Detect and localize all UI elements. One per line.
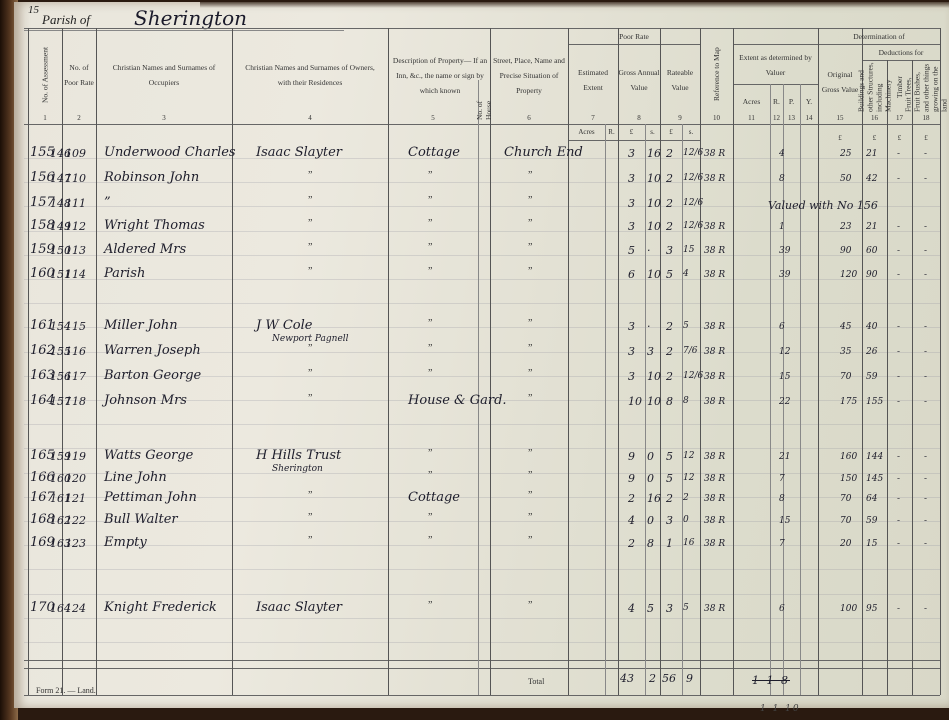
deduction-buildings: 59: [866, 516, 877, 526]
owner-name: Isaac Slayter: [256, 600, 342, 615]
deduction-buildings: 60: [866, 246, 877, 256]
original-gross-value: 70: [840, 372, 851, 382]
gross-value-shillings: 10: [647, 172, 661, 185]
property-description: ”: [428, 368, 432, 379]
item-number: 120: [65, 472, 86, 485]
deduction-fruit-trees: -: [924, 474, 927, 484]
deduction-timber: -: [897, 322, 900, 332]
deduction-fruit-trees: -: [924, 494, 927, 504]
owner-name: ”: [308, 535, 312, 546]
deduction-timber: -: [897, 397, 900, 407]
rateable-value-shillings: 12: [683, 473, 694, 483]
deduction-timber: -: [897, 174, 900, 184]
gross-value-pounds: 9: [628, 472, 635, 485]
header-c3: Christian Names and Surnames of Occupier…: [106, 40, 222, 110]
valuation-note: Valued with No 156: [768, 199, 878, 212]
header-c7: Estimated Extent: [568, 50, 618, 110]
property-description: ”: [428, 470, 432, 481]
original-gross-value: 100: [840, 604, 857, 614]
occupier-name: ”: [104, 195, 111, 210]
deduction-timber: -: [897, 494, 900, 504]
valuer-acres: 7: [779, 539, 785, 549]
property-description: ”: [428, 512, 432, 523]
rateable-value-shillings: 5: [683, 603, 689, 613]
street-place: ”: [528, 368, 532, 379]
deductions-group-rule: [862, 60, 940, 61]
owner-residence: Sherington: [272, 464, 323, 474]
deduction-buildings: 21: [866, 149, 877, 159]
map-reference: 38 R: [704, 222, 725, 232]
parish-name: Sherington: [134, 6, 247, 30]
header-determination: Determination of: [818, 28, 940, 44]
street-place: ”: [528, 470, 532, 481]
occupier-name: Parish: [104, 266, 145, 281]
header-c10: Reference to Map: [700, 34, 733, 114]
ruled-line: [24, 618, 940, 619]
deduction-buildings: 59: [866, 372, 877, 382]
gross-value-shillings: ·: [647, 320, 651, 333]
property-description: ”: [428, 600, 432, 611]
gross-value-pounds: 2: [628, 537, 635, 550]
street-place: ”: [528, 600, 532, 611]
column-number: 9: [660, 114, 700, 122]
rateable-value-shillings: 12/6: [683, 221, 703, 231]
item-number: 116: [65, 345, 86, 358]
gross-value-pounds: 3: [628, 197, 635, 210]
gross-value-pounds: 4: [628, 514, 635, 527]
property-description: ”: [428, 448, 432, 459]
owner-name: ”: [308, 343, 312, 354]
gross-value-pounds: 3: [628, 220, 635, 233]
rateable-value-pounds: 2: [666, 345, 673, 358]
column-rule-c14: [800, 84, 801, 695]
deduction-buildings: 90: [866, 270, 877, 280]
header-c14: Y.: [800, 88, 818, 114]
page-number: 15: [28, 4, 39, 16]
deduction-fruit-trees: -: [924, 149, 927, 159]
gross-value-shillings: 10: [647, 220, 661, 233]
rateable-value-pounds: 2: [666, 147, 673, 160]
item-number: 118: [65, 395, 86, 408]
rateable-value-pounds: 2: [666, 320, 673, 333]
gross-value-pounds: 9: [628, 450, 635, 463]
header-c5: Description of Property— If an Inn, &c.,…: [392, 36, 488, 114]
street-place: ”: [528, 512, 532, 523]
column-rule-c16: [862, 28, 863, 695]
deduction-fruit-trees: -: [924, 539, 927, 549]
valuer-acres: 15: [779, 516, 790, 526]
ruled-line: [24, 424, 940, 425]
item-number: 113: [65, 244, 86, 257]
owner-name: ”: [308, 170, 312, 181]
column-number: 3: [96, 114, 232, 122]
valuer-acres: 6: [779, 604, 785, 614]
deduction-fruit-trees: -: [924, 372, 927, 382]
gross-value-pounds: 3: [628, 345, 635, 358]
item-number: 119: [65, 450, 86, 463]
header-deductions: Deductions for: [862, 44, 940, 60]
item-number: 122: [65, 514, 86, 527]
column-rule-c2: [62, 28, 63, 695]
occupier-name: Wright Thomas: [104, 218, 205, 233]
extent-group-rule: [733, 84, 818, 85]
map-reference: 38 R: [704, 494, 725, 504]
header-c2: No. of Poor Rate: [62, 40, 96, 110]
column-number: 7: [568, 114, 618, 122]
column-rule-c5: [388, 28, 389, 695]
column-number: 8: [618, 114, 660, 122]
deduction-timber: -: [897, 246, 900, 256]
map-reference: 38 R: [704, 322, 725, 332]
column-rule-c4: [232, 28, 233, 695]
header-c5b: No. of House: [478, 84, 490, 120]
header-bottom-rule: [24, 124, 940, 125]
header-c1: No. of Assessment: [28, 40, 62, 110]
street-place: ”: [528, 218, 532, 229]
deduction-timber: -: [897, 270, 900, 280]
deduction-timber: -: [897, 372, 900, 382]
original-gross-value: 150: [840, 474, 857, 484]
gross-value-shillings: 10: [647, 268, 661, 281]
rateable-value-pounds: 2: [666, 492, 673, 505]
occupier-name: Bull Walter: [104, 512, 178, 527]
unit-pound: £: [618, 128, 645, 136]
map-reference: 38 R: [704, 149, 725, 159]
poor-rate-group-rule: [568, 44, 700, 45]
map-reference: 38 R: [704, 347, 725, 357]
body-bottom-rule: [24, 660, 940, 661]
original-gross-value: 25: [840, 149, 851, 159]
column-number: 13: [783, 114, 800, 122]
rateable-value-shillings: 8: [683, 396, 689, 406]
total-bottom-rule: [24, 695, 940, 696]
rateable-value-pounds: 1: [666, 537, 673, 550]
valuer-acres: 39: [779, 270, 790, 280]
map-reference: 38 R: [704, 270, 725, 280]
deduction-timber: -: [897, 149, 900, 159]
valuer-acres: 4: [779, 149, 785, 159]
original-gross-value: 70: [840, 516, 851, 526]
column-rule-end: [940, 28, 941, 695]
property-description: Cottage: [408, 490, 460, 505]
property-description: House & Gard.: [408, 393, 507, 408]
rateable-value-pounds: 8: [666, 395, 673, 408]
street-place: ”: [528, 535, 532, 546]
original-gross-value: 70: [840, 494, 851, 504]
rateable-value-pounds: 3: [666, 602, 673, 615]
map-reference: 38 R: [704, 246, 725, 256]
owner-name: ”: [308, 490, 312, 501]
gross-value-pounds: 3: [628, 320, 635, 333]
gross-value-pounds: 6: [628, 268, 635, 281]
item-number: 115: [65, 320, 86, 333]
property-description: ”: [428, 535, 432, 546]
deduction-buildings: 95: [866, 604, 877, 614]
deduction-timber: -: [897, 452, 900, 462]
property-description: ”: [428, 218, 432, 229]
original-gross-value: 35: [840, 347, 851, 357]
rateable-value-shillings: 12: [683, 451, 694, 461]
column-number: 12: [770, 114, 783, 122]
rateable-value-pounds: 2: [666, 370, 673, 383]
occupier-name: Barton George: [104, 368, 201, 383]
column-rule-c3: [96, 28, 97, 695]
gross-value-shillings: 10: [647, 395, 661, 408]
rateable-value-shillings: 12/6: [683, 371, 703, 381]
valuer-acres: 15: [779, 372, 790, 382]
valuer-acres: 8: [779, 494, 785, 504]
rateable-value-shillings: 12/6: [683, 173, 703, 183]
deduction-fruit-trees: -: [924, 322, 927, 332]
original-gross-value: 20: [840, 539, 851, 549]
property-description: Cottage: [408, 145, 460, 160]
street-place: ”: [528, 242, 532, 253]
occupier-name: Knight Frederick: [104, 600, 217, 615]
gross-value-pounds: 5: [628, 244, 635, 257]
header-extent_group: Extent as determined by Valuer: [733, 48, 818, 82]
column-number: 16: [862, 114, 887, 122]
street-place: ”: [528, 490, 532, 501]
column-number: 17: [887, 114, 912, 122]
owner-name: Isaac Slayter: [256, 145, 342, 160]
unit-acres: Acres: [568, 128, 605, 136]
valuer-acres: 39: [779, 246, 790, 256]
deduction-timber: -: [897, 474, 900, 484]
valuer-acres: 12: [779, 347, 790, 357]
unit-shilling: s.: [682, 128, 700, 136]
deduction-buildings: 40: [866, 322, 877, 332]
owner-name: ”: [308, 512, 312, 523]
valuer-acres: 1: [779, 222, 785, 232]
deduction-fruit-trees: -: [924, 604, 927, 614]
deduction-buildings: 145: [866, 474, 883, 484]
column-rule-c15: [818, 28, 819, 695]
rateable-value-shillings: 4: [683, 269, 689, 279]
column-rule-c5b: [478, 80, 479, 695]
map-reference: 38 R: [704, 539, 725, 549]
column-number: 18: [912, 114, 940, 122]
rateable-value-shillings: 2: [683, 493, 689, 503]
owner-name: J W Cole: [256, 318, 312, 333]
item-number: 109: [65, 147, 86, 160]
column-rule-c7r: [605, 124, 606, 695]
column-rule-c17: [887, 60, 888, 695]
gross-value-shillings: 0: [647, 450, 654, 463]
item-number: 114: [65, 268, 86, 281]
item-number: 111: [65, 197, 86, 210]
original-gross-value: 50: [840, 174, 851, 184]
deduction-timber: -: [897, 222, 900, 232]
gross-value-shillings: 10: [647, 370, 661, 383]
property-description: ”: [428, 266, 432, 277]
gross-value-pounds: 3: [628, 147, 635, 160]
header-c18: Fruit Trees, Fruit Bushes, and other thi…: [912, 62, 940, 112]
parish-label: Parish of: [42, 12, 90, 28]
ruled-line: [24, 303, 940, 304]
header-c6: Street, Place, Name and Precise Situatio…: [490, 40, 568, 110]
total-top-rule: [24, 668, 940, 669]
owner-name: H Hills Trust: [256, 448, 341, 463]
gross-value-pounds: 3: [628, 172, 635, 185]
occupier-name: Empty: [104, 535, 147, 550]
deduction-timber: -: [897, 604, 900, 614]
gross-value-shillings: 10: [647, 197, 661, 210]
unit-shilling: s.: [645, 128, 660, 136]
street-place: ”: [528, 393, 532, 404]
valuer-acres: 6: [779, 322, 785, 332]
gross-value-shillings: 0: [647, 472, 654, 485]
rateable-value-pounds: 2: [666, 172, 673, 185]
unit-pound: £: [660, 128, 682, 136]
total-valuer-acres-struck: 1 1 8: [752, 674, 790, 687]
ruled-line: [24, 545, 940, 546]
gross-value-shillings: 3: [647, 345, 654, 358]
street-place: ”: [528, 195, 532, 206]
map-reference: 38 R: [704, 372, 725, 382]
column-number: 5: [388, 114, 478, 122]
deduction-timber: -: [897, 516, 900, 526]
street-place: ”: [528, 343, 532, 354]
map-reference: 38 R: [704, 452, 725, 462]
unit-pound: £: [862, 134, 887, 142]
rateable-value-shillings: 5: [683, 321, 689, 331]
ruled-line: [24, 642, 940, 643]
rateable-value-shillings: 12/6: [683, 198, 703, 208]
original-gross-value: 90: [840, 246, 851, 256]
gross-value-shillings: 0: [647, 514, 654, 527]
column-number: 14: [800, 114, 818, 122]
column-number: 4: [232, 114, 388, 122]
units-rule: [568, 140, 700, 141]
column-number: 11: [733, 114, 770, 122]
occupier-name: Watts George: [104, 448, 193, 463]
owner-name: ”: [308, 368, 312, 379]
column-rule-c8s: [645, 124, 646, 695]
rateable-value-shillings: 12/6: [683, 148, 703, 158]
column-number: 2: [62, 114, 96, 122]
deduction-timber: -: [897, 347, 900, 357]
rateable-value-pounds: 3: [666, 244, 673, 257]
deduction-buildings: 64: [866, 494, 877, 504]
column-rule-c1: [28, 28, 29, 695]
ruled-line: [24, 594, 940, 595]
column-rule-c10: [700, 28, 701, 695]
header-c16: Buildings and other Structures, includin…: [862, 62, 887, 112]
occupier-name: Aldered Mrs: [104, 242, 186, 257]
deduction-fruit-trees: -: [924, 516, 927, 526]
deduction-fruit-trees: -: [924, 452, 927, 462]
gross-value-pounds: 2: [628, 492, 635, 505]
header-top-rule: [24, 28, 940, 29]
gross-value-pounds: 3: [628, 370, 635, 383]
rateable-value-pounds: 2: [666, 220, 673, 233]
item-number: 124: [65, 602, 86, 615]
column-number: 15: [818, 114, 862, 122]
occupier-name: Pettiman John: [104, 490, 197, 505]
property-description: ”: [428, 318, 432, 329]
unit-pound: £: [818, 134, 862, 142]
rateable-value-shillings: 16: [683, 538, 694, 548]
original-gross-value: 175: [840, 397, 857, 407]
unit-pound: £: [887, 134, 912, 142]
unit-roods: R.: [605, 128, 618, 136]
owner-name: ”: [308, 393, 312, 404]
gross-value-pounds: 10: [628, 395, 642, 408]
item-number: 121: [65, 492, 86, 505]
property-description: ”: [428, 242, 432, 253]
rateable-value-shillings: 0: [683, 515, 689, 525]
rateable-value-shillings: 7/6: [683, 346, 697, 356]
header-c11: Acres: [733, 88, 770, 114]
total-gross-shillings: 2: [649, 672, 656, 685]
total-label: Total: [528, 677, 544, 686]
original-gross-value: 45: [840, 322, 851, 332]
deduction-fruit-trees: -: [924, 174, 927, 184]
item-number: 110: [65, 172, 86, 185]
street-place: ”: [528, 318, 532, 329]
map-reference: 38 R: [704, 516, 725, 526]
gross-value-shillings: 16: [647, 147, 661, 160]
total-valuer-acres-corrected: 1 1 10: [760, 704, 801, 714]
unit-pound: £: [912, 134, 940, 142]
valuer-acres: 22: [779, 397, 790, 407]
gross-value-shillings: 5: [647, 602, 654, 615]
map-reference: 38 R: [704, 474, 725, 484]
header-c8: Gross Annual Value: [618, 50, 660, 110]
deduction-buildings: 21: [866, 222, 877, 232]
column-number: 10: [700, 114, 733, 122]
rateable-value-shillings: 15: [683, 245, 694, 255]
column-number: 6: [490, 114, 568, 122]
deduction-buildings: 26: [866, 347, 877, 357]
gross-value-shillings: 8: [647, 537, 654, 550]
rateable-value-pounds: 5: [666, 472, 673, 485]
occupier-name: Underwood Charles: [104, 145, 236, 160]
ruled-line: [24, 279, 940, 280]
deduction-buildings: 15: [866, 539, 877, 549]
ruled-line: [24, 569, 940, 570]
deduction-buildings: 144: [866, 452, 883, 462]
total-rateable-shillings: 9: [686, 672, 693, 685]
occupier-name: Warren Joseph: [104, 343, 201, 358]
deduction-fruit-trees: -: [924, 397, 927, 407]
valuer-acres: 8: [779, 174, 785, 184]
property-description: ”: [428, 195, 432, 206]
header-c4: Christian Names and Surnames of Owners, …: [242, 40, 378, 110]
column-rule-c11: [733, 28, 734, 695]
total-rateable-pounds: 56: [662, 672, 676, 685]
valuer-acres: 7: [779, 474, 785, 484]
deduction-fruit-trees: -: [924, 347, 927, 357]
column-rule-c12: [770, 84, 771, 695]
property-description: ”: [428, 170, 432, 181]
original-gross-value: 120: [840, 270, 857, 280]
deduction-buildings: 42: [866, 174, 877, 184]
street-place: ”: [528, 170, 532, 181]
deduction-fruit-trees: -: [924, 270, 927, 280]
column-number: 1: [28, 114, 62, 122]
rateable-value-pounds: 3: [666, 514, 673, 527]
property-description: ”: [428, 343, 432, 354]
owner-name: ”: [308, 195, 312, 206]
map-reference: 38 R: [704, 604, 725, 614]
header-c9: Rateable Value: [660, 50, 700, 110]
form-label: Form 21. — Land.: [36, 686, 96, 695]
owner-name: ”: [308, 218, 312, 229]
street-place: ”: [528, 266, 532, 277]
valuer-acres: 21: [779, 452, 790, 462]
occupier-name: Robinson John: [104, 170, 199, 185]
